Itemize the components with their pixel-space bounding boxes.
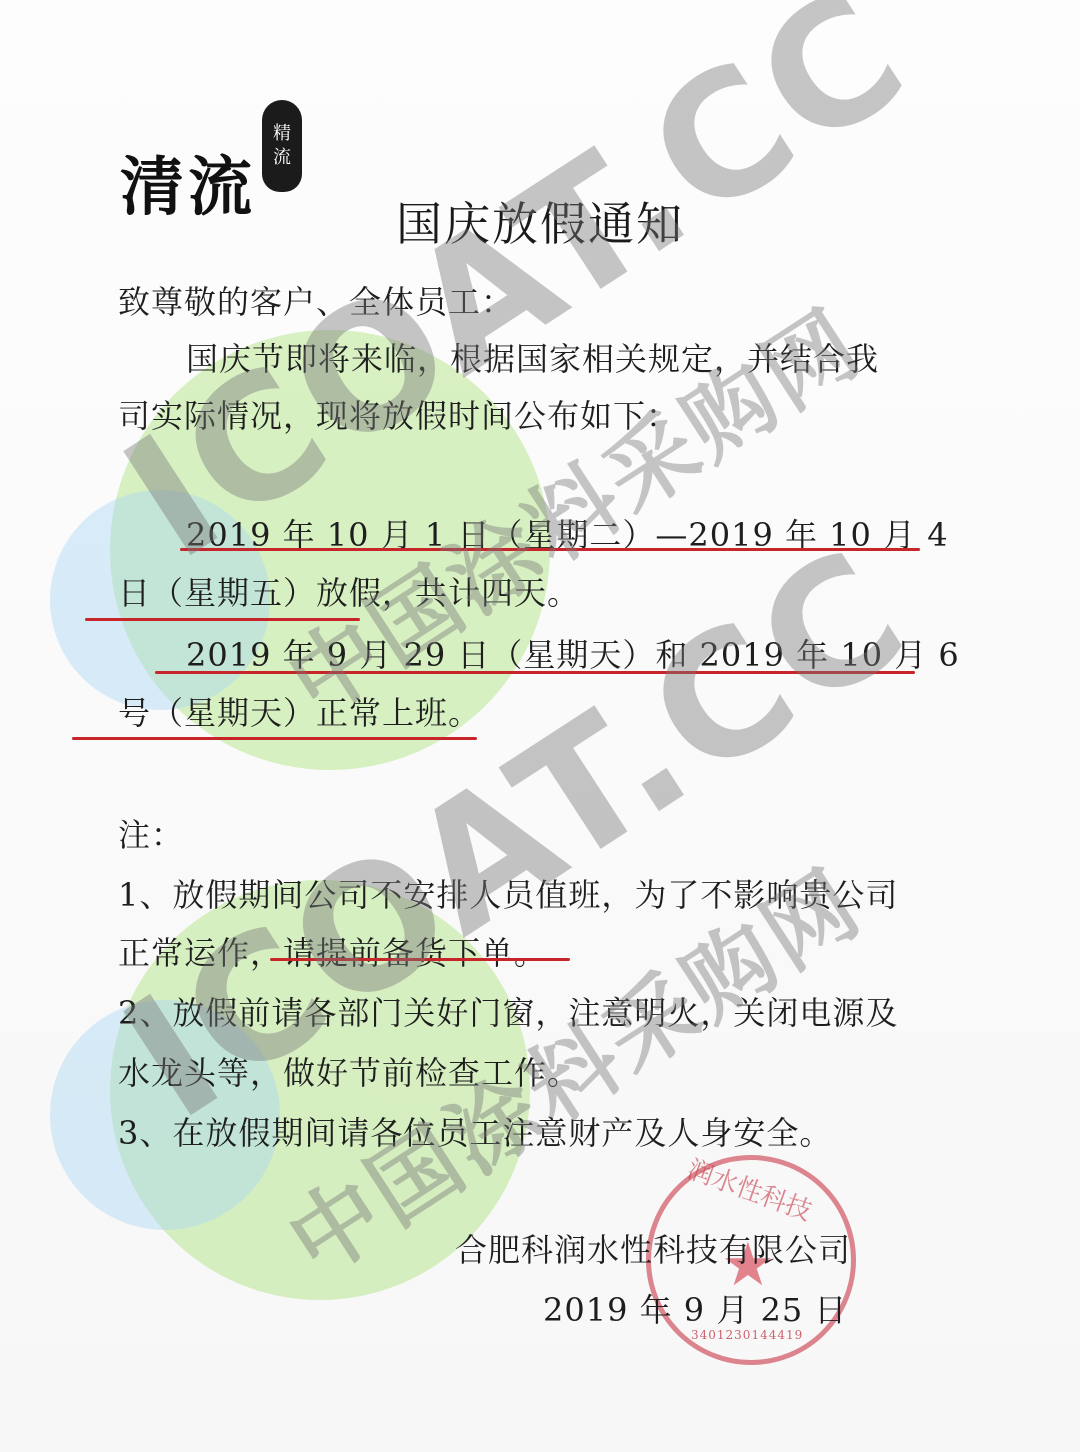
stamp-arc-text: 润水性科技 (683, 1149, 818, 1228)
logo-seal-icon: 精 流 (262, 100, 302, 192)
notes-label: 注： (118, 810, 184, 856)
seal-char: 精 (273, 122, 291, 146)
signature-date: 2019 年 9 月 25 日 (543, 1285, 847, 1331)
red-underline (72, 737, 477, 740)
document-page: 清流 精 流 国庆放假通知 致尊敬的客户、全体员工： 国庆节即将来临，根据国家相… (0, 0, 1080, 1452)
work-dates-line-2: 号（星期天）正常上班。 (118, 688, 481, 734)
seal-char: 流 (273, 146, 291, 170)
signature-company: 合肥科润水性科技有限公司 (455, 1225, 851, 1271)
